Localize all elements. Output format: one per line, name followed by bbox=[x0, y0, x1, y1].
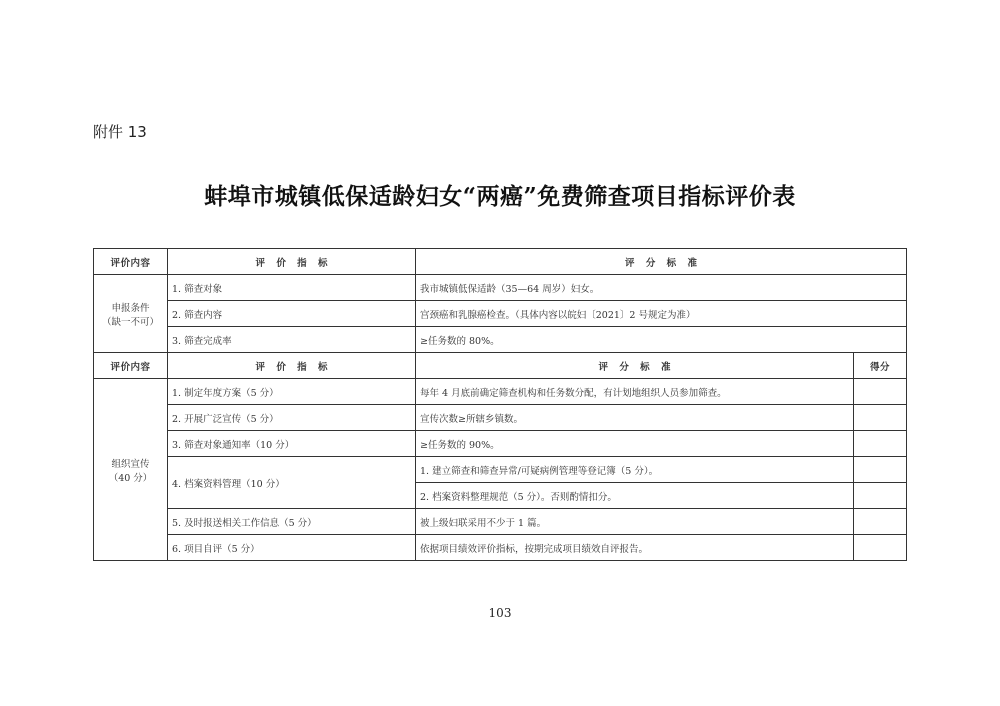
score-cell[interactable] bbox=[854, 405, 907, 431]
category-sublabel: （40 分） bbox=[98, 470, 163, 484]
indicator-cell: 1. 制定年度方案（5 分） bbox=[168, 379, 416, 405]
criteria-cell: ≥任务数的 90%。 bbox=[416, 431, 854, 457]
section1-header-row: 评价内容 评 价 指 标 评 分 标 准 bbox=[94, 249, 907, 275]
criteria-cell: ≥任务数的 80%。 bbox=[416, 327, 907, 353]
score-cell[interactable] bbox=[854, 483, 907, 509]
indicator-cell: 6. 项目自评（5 分） bbox=[168, 535, 416, 561]
table-row: 2. 开展广泛宣传（5 分） 宣传次数≥所辖乡镇数。 bbox=[94, 405, 907, 431]
criteria-cell: 每年 4 月底前确定筛查机构和任务数分配，有计划地组织人员参加筛查。 bbox=[416, 379, 854, 405]
score-cell[interactable] bbox=[854, 431, 907, 457]
indicator-cell: 5. 及时报送相关工作信息（5 分） bbox=[168, 509, 416, 535]
indicator-cell: 2. 筛查内容 bbox=[168, 301, 416, 327]
category-cell-organization: 组织宣传 （40 分） bbox=[94, 379, 168, 561]
indicator-cell: 3. 筛查完成率 bbox=[168, 327, 416, 353]
score-cell[interactable] bbox=[854, 457, 907, 483]
table-row: 3. 筛查完成率 ≥任务数的 80%。 bbox=[94, 327, 907, 353]
indicator-cell: 3. 筛查对象通知率（10 分） bbox=[168, 431, 416, 457]
criteria-cell: 我市城镇低保适龄（35—64 周岁）妇女。 bbox=[416, 275, 907, 301]
criteria-cell: 依据项目绩效评价指标，按期完成项目绩效自评报告。 bbox=[416, 535, 854, 561]
header-indicator: 评 价 指 标 bbox=[168, 353, 416, 379]
evaluation-table: 评价内容 评 价 指 标 评 分 标 准 申报条件 （缺一不可） 1. 筛查对象… bbox=[93, 248, 907, 561]
header-content: 评价内容 bbox=[94, 353, 168, 379]
indicator-cell: 2. 开展广泛宣传（5 分） bbox=[168, 405, 416, 431]
table-row: 5. 及时报送相关工作信息（5 分） 被上级妇联采用不少于 1 篇。 bbox=[94, 509, 907, 535]
indicator-cell: 1. 筛查对象 bbox=[168, 275, 416, 301]
attachment-label: 附件 13 bbox=[93, 121, 147, 142]
page-number: 103 bbox=[0, 606, 1000, 620]
header-criteria: 评 分 标 准 bbox=[416, 353, 854, 379]
score-cell[interactable] bbox=[854, 535, 907, 561]
category-cell-application: 申报条件 （缺一不可） bbox=[94, 275, 168, 353]
table-row: 3. 筛查对象通知率（10 分） ≥任务数的 90%。 bbox=[94, 431, 907, 457]
criteria-cell: 被上级妇联采用不少于 1 篇。 bbox=[416, 509, 854, 535]
table-row: 2. 筛查内容 宫颈癌和乳腺癌检查。（具体内容以皖妇〔2021〕2 号规定为准） bbox=[94, 301, 907, 327]
table-row: 申报条件 （缺一不可） 1. 筛查对象 我市城镇低保适龄（35—64 周岁）妇女… bbox=[94, 275, 907, 301]
table-row: 组织宣传 （40 分） 1. 制定年度方案（5 分） 每年 4 月底前确定筛查机… bbox=[94, 379, 907, 405]
indicator-cell: 4. 档案资料管理（10 分） bbox=[168, 457, 416, 509]
table-row: 6. 项目自评（5 分） 依据项目绩效评价指标，按期完成项目绩效自评报告。 bbox=[94, 535, 907, 561]
criteria-cell: 1. 建立筛查和筛查异常/可疑病例管理等登记簿（5 分）。 bbox=[416, 457, 854, 483]
section2-header-row: 评价内容 评 价 指 标 评 分 标 准 得分 bbox=[94, 353, 907, 379]
header-indicator: 评 价 指 标 bbox=[168, 249, 416, 275]
criteria-cell: 2. 档案资料整理规范（5 分）。否则酌情扣分。 bbox=[416, 483, 854, 509]
score-cell[interactable] bbox=[854, 509, 907, 535]
criteria-cell: 宣传次数≥所辖乡镇数。 bbox=[416, 405, 854, 431]
score-cell[interactable] bbox=[854, 379, 907, 405]
criteria-cell: 宫颈癌和乳腺癌检查。（具体内容以皖妇〔2021〕2 号规定为准） bbox=[416, 301, 907, 327]
table-row: 4. 档案资料管理（10 分） 1. 建立筛查和筛查异常/可疑病例管理等登记簿（… bbox=[94, 457, 907, 483]
page-title: 蚌埠市城镇低保适龄妇女“两癌”免费筛查项目指标评价表 bbox=[0, 178, 1000, 211]
category-label: 申报条件 bbox=[98, 300, 163, 314]
header-content: 评价内容 bbox=[94, 249, 168, 275]
header-score: 得分 bbox=[854, 353, 907, 379]
header-criteria: 评 分 标 准 bbox=[416, 249, 907, 275]
category-label: 组织宣传 bbox=[98, 456, 163, 470]
category-sublabel: （缺一不可） bbox=[98, 314, 163, 328]
